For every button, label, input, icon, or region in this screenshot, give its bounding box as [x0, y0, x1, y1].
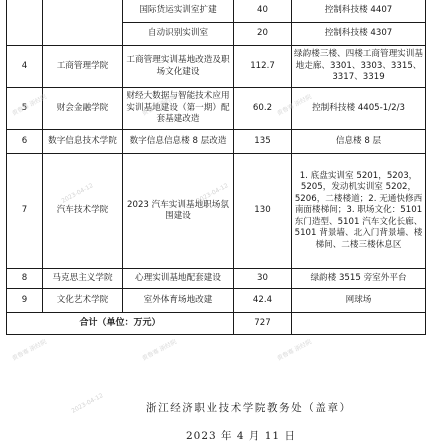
table-row: 7 汽车技术学院 2023 汽车实训基地职场氛围建设 130 1. 底盘实训室 … [7, 154, 426, 269]
row-index: 6 [7, 130, 43, 154]
row-location: 控制科技楼 4405-1/2/3 [292, 88, 426, 130]
row-department: 汽车技术学院 [43, 154, 123, 269]
row-index: 5 [7, 88, 43, 130]
row-index: 7 [7, 154, 43, 269]
row-location: 控制科技楼 4407 [292, 0, 426, 23]
row-location: 控制科技楼 4307 [292, 23, 426, 46]
row-amount: 20 [234, 23, 292, 46]
issuing-organization: 浙江经济职业技术学院教务处（盖章） [146, 400, 352, 415]
table-row: 8 马克思主义学院 心理实训基地配套建设 30 绿韵楼 3515 旁室外平台 [7, 269, 426, 289]
total-row: 合计（单位：万元） 727 [7, 313, 426, 335]
table-row: 6 数字信息技术学院 数字信息信息楼 8 层改造 135 信息楼 8 层 [7, 130, 426, 154]
row-project: 2023 汽车实训基地职场氛围建设 [123, 154, 234, 269]
row-project: 心理实训基地配套建设 [123, 269, 234, 289]
row-project: 工商管理实训基地改造及职场文化建设 [123, 46, 234, 88]
row-project: 财经大数据与智能技术应用实训基地建设（第一期）配套基建改造 [123, 88, 234, 130]
total-amount: 727 [234, 313, 292, 335]
table-row: 4 工商管理学院 工商管理实训基地改造及职场文化建设 112.7 绿韵楼三楼、四… [7, 46, 426, 88]
table-row: 国际货运实训室扩建 40 控制科技楼 4407 [7, 0, 426, 23]
row-location: 网球场 [292, 289, 426, 313]
row-amount: 135 [234, 130, 292, 154]
row-amount: 30 [234, 269, 292, 289]
row-department: 财会金融学院 [43, 88, 123, 130]
watermark: 黄鲁骞 浙经院 [275, 337, 313, 363]
row-location: 1. 底盘实训室 5201，5203，5205，发动机实训室 5202，5206… [292, 154, 426, 269]
row-department: 马克思主义学院 [43, 269, 123, 289]
row-project: 室外体育场地改建 [123, 289, 234, 313]
watermark: 黄鲁骞 浙经院 [10, 337, 48, 363]
total-location [292, 313, 426, 335]
watermark: 黄鲁骞 浙经院 [140, 337, 178, 363]
row-location: 绿韵楼三楼、四楼工商管理实训基地走廊、3301、3303、3315、3317、3… [292, 46, 426, 88]
table-row: 9 文化艺术学院 室外体育场地改建 42.4 网球场 [7, 289, 426, 313]
row-index: 4 [7, 46, 43, 88]
budget-table: 国际货运实训室扩建 40 控制科技楼 4407 自动识别实训室 20 控制科技楼… [6, 0, 426, 335]
row-index [7, 0, 43, 46]
row-amount: 40 [234, 0, 292, 23]
table-row: 5 财会金融学院 财经大数据与智能技术应用实训基地建设（第一期）配套基建改造 6… [7, 88, 426, 130]
row-index: 9 [7, 289, 43, 313]
row-amount: 130 [234, 154, 292, 269]
row-location: 绿韵楼 3515 旁室外平台 [292, 269, 426, 289]
watermark-date: 2023-04-12 [70, 392, 104, 415]
total-label: 合计（单位：万元） [7, 313, 234, 335]
row-project: 国际货运实训室扩建 [123, 0, 234, 23]
row-location: 信息楼 8 层 [292, 130, 426, 154]
row-index: 8 [7, 269, 43, 289]
row-amount: 112.7 [234, 46, 292, 88]
row-amount: 42.4 [234, 289, 292, 313]
issue-date: 2023 年 4 月 11 日 [186, 428, 296, 442]
row-department: 文化艺术学院 [43, 289, 123, 313]
row-project: 数字信息信息楼 8 层改造 [123, 130, 234, 154]
row-department: 工商管理学院 [43, 46, 123, 88]
row-project: 自动识别实训室 [123, 23, 234, 46]
row-amount: 60.2 [234, 88, 292, 130]
row-department: 数字信息技术学院 [43, 130, 123, 154]
row-department [43, 0, 123, 46]
